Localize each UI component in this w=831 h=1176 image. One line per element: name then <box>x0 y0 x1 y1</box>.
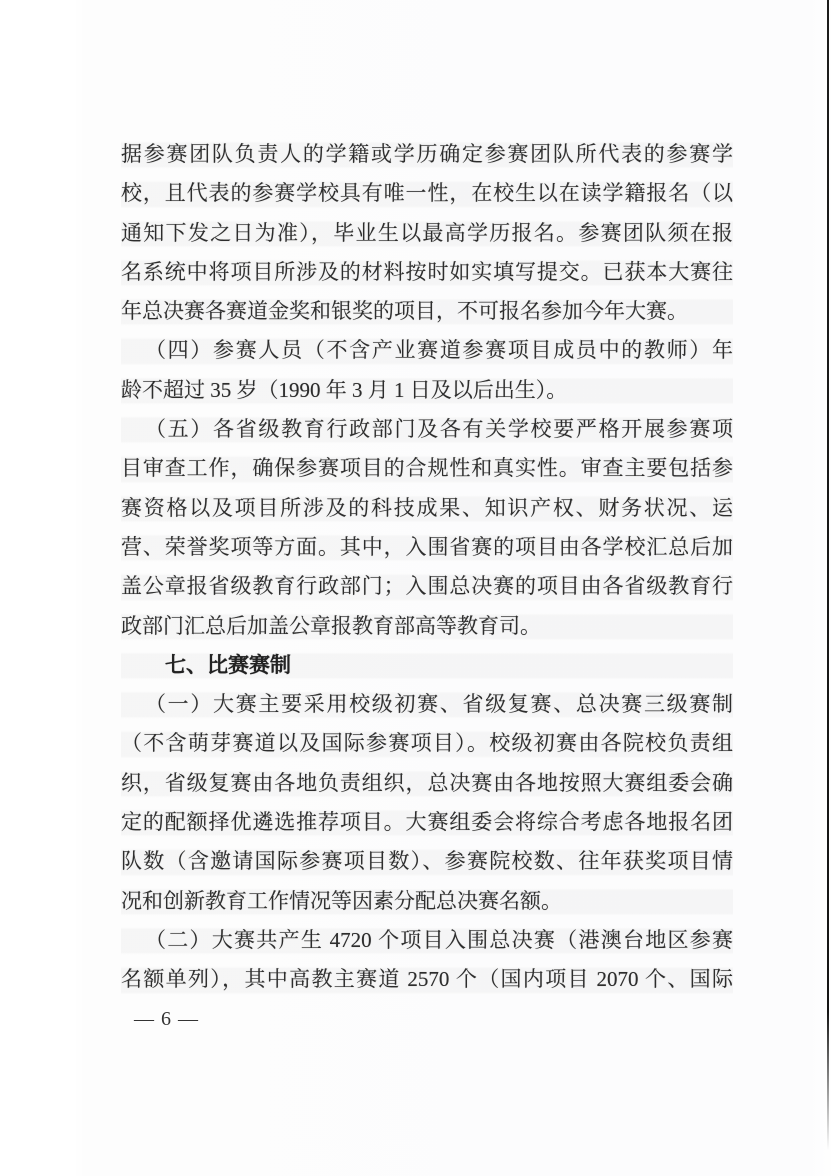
text-line: 织，省级复赛由各地负责组织，总决赛由各地按照大赛组委会确 <box>121 764 733 803</box>
text-line: 名额单列），其中高教主赛道 2570 个（国内项目 2070 个、国际 <box>121 960 733 999</box>
section-heading: 七、比赛赛制 <box>121 646 733 685</box>
text-line: 队数（含邀请国际参赛项目数）、参赛院校数、往年获奖项目情 <box>121 842 733 881</box>
text-line: （四）参赛人员（不含产业赛道参赛项目成员中的教师）年 <box>121 331 733 370</box>
text-line: 名系统中将项目所涉及的材料按时如实填写提交。已获本大赛往 <box>121 253 733 292</box>
text-line: 盖公章报省级教育行政部门；入围总决赛的项目由各省级教育行 <box>121 567 733 606</box>
text-line: 况和创新教育工作情况等因素分配总决赛名额。 <box>121 882 733 921</box>
text-line: （二）大赛共产生 4720 个项目入围总决赛（港澳台地区参赛 <box>121 921 733 960</box>
text-line: 龄不超过 35 岁（1990 年 3 月 1 日及以后出生）。 <box>121 371 733 410</box>
text-line: 据参赛团队负责人的学籍或学历确定参赛团队所代表的参赛学 <box>121 135 733 174</box>
text-line: （一）大赛主要采用校级初赛、省级复赛、总决赛三级赛制 <box>121 685 733 724</box>
text-line: （五）各省级教育行政部门及各有关学校要严格开展参赛项 <box>121 410 733 449</box>
text-line: 赛资格以及项目所涉及的科技成果、知识产权、财务状况、运 <box>121 489 733 528</box>
text-line: 定的配额择优遴选推荐项目。大赛组委会将综合考虑各地报名团 <box>121 803 733 842</box>
text-line: 年总决赛各赛道金奖和银奖的项目，不可报名参加今年大赛。 <box>121 292 733 331</box>
text-line: 校，且代表的参赛学校具有唯一性，在校生以在读学籍报名（以 <box>121 174 733 213</box>
document-text-block: 据参赛团队负责人的学籍或学历确定参赛团队所代表的参赛学 校，且代表的参赛学校具有… <box>121 135 733 1039</box>
scan-edge-line <box>827 0 829 1150</box>
text-line: 营、荣誉奖项等方面。其中，入围省赛的项目由各学校汇总后加 <box>121 528 733 567</box>
text-line: （不含萌芽赛道以及国际参赛项目）。校级初赛由各院校负责组 <box>121 724 733 763</box>
text-line: 通知下发之日为准），毕业生以最高学历报名。参赛团队须在报 <box>121 214 733 253</box>
text-line: 政部门汇总后加盖公章报教育部高等教育司。 <box>121 607 733 646</box>
page-number: — 6 — <box>121 1000 733 1039</box>
text-line: 目审查工作，确保参赛项目的合规性和真实性。审查主要包括参 <box>121 449 733 488</box>
document-page: 据参赛团队负责人的学籍或学历确定参赛团队所代表的参赛学 校，且代表的参赛学校具有… <box>0 0 831 1176</box>
